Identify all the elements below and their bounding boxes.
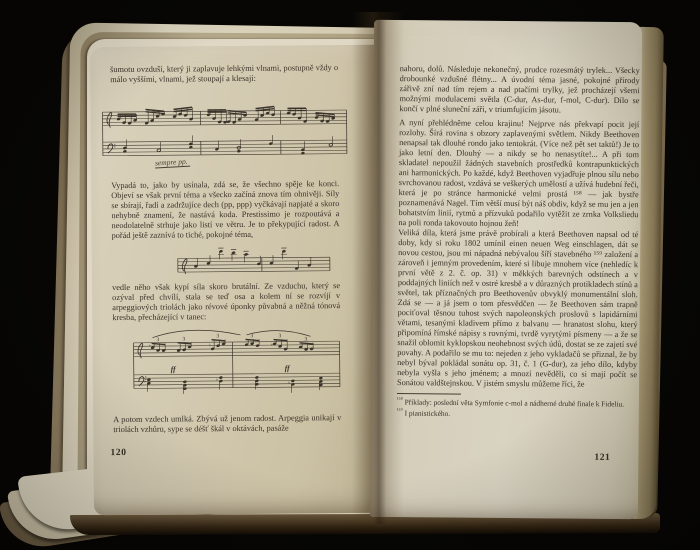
right-page-paragraph-3: Veliká díla, která jsme právě probírali … xyxy=(397,228,638,390)
svg-text:3: 3 xyxy=(250,333,253,339)
page-number-left: 120 xyxy=(110,448,126,458)
svg-text:3: 3 xyxy=(182,336,185,342)
right-page-paragraph-2: A nyní přehlédněme celou krajinu! Nejprv… xyxy=(398,118,639,230)
footnote-marker: ¹⁵⁸ xyxy=(397,397,403,403)
svg-text:ff: ff xyxy=(285,364,291,373)
left-page-paragraph-1: Vypadá to, jako by usínala, zdá se, že v… xyxy=(111,179,340,241)
svg-text:ff: ff xyxy=(171,365,177,374)
music-example-3: 3♭33♭33♭3ffff♭♭♭ xyxy=(128,325,347,411)
footnote-marker: ¹⁵⁹ xyxy=(397,408,403,414)
svg-text:3: 3 xyxy=(278,333,281,339)
svg-text:3: 3 xyxy=(304,337,307,343)
left-page-paragraph-2: vedle něho však kypí síla skoro brutální… xyxy=(112,281,340,323)
svg-text:♭: ♭ xyxy=(216,377,218,382)
footnote-2: ¹⁵⁹ I pianistického. xyxy=(397,407,637,420)
svg-text:♭: ♭ xyxy=(271,342,273,347)
right-page: nahoru, dolů. Následuje nekonečný, prudc… xyxy=(370,20,642,519)
music-caption-sempre-pp: sempre pp. xyxy=(155,157,190,169)
left-page-intro-text: šumotu ovzduší, který ji zaplavuje lehký… xyxy=(110,63,338,85)
page-number-right: 121 xyxy=(594,453,610,463)
footnote-text: I pianistického. xyxy=(405,408,451,417)
svg-text:♭: ♭ xyxy=(288,380,290,385)
left-page-paragraph-3: A potom vzdech umlká. Zbývá už jenom rad… xyxy=(113,413,341,435)
svg-text:♭: ♭ xyxy=(149,343,151,348)
left-page: šumotu ovzduší, který ji zaplavuje lehký… xyxy=(90,45,380,515)
svg-text:♭: ♭ xyxy=(144,379,146,384)
right-page-paragraph-1: nahoru, dolů. Následuje nekonečný, prudc… xyxy=(399,64,639,116)
music-example-1 xyxy=(98,105,350,165)
svg-text:♭: ♭ xyxy=(209,342,211,347)
svg-text:3: 3 xyxy=(156,337,159,343)
right-page-text-block: nahoru, dolů. Následuje nekonečný, prudc… xyxy=(397,64,640,420)
svg-text:3: 3 xyxy=(216,333,219,339)
music-example-2 xyxy=(174,243,336,286)
footnote-rule xyxy=(397,393,461,395)
book-photo: šumotu ovzduší, který ji zaplavuje lehký… xyxy=(0,0,700,550)
